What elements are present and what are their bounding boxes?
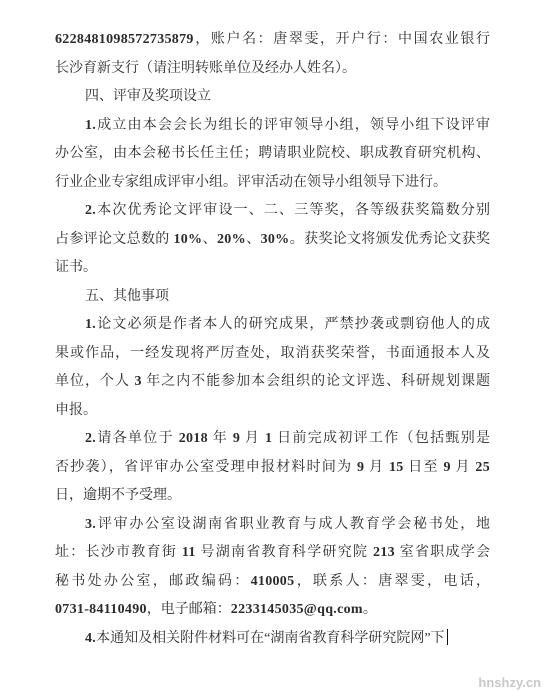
text-segment: 四、评审及奖项设立 <box>85 89 211 104</box>
text-segment: 。获奖论文将颁发优秀论文获奖 <box>289 232 490 247</box>
text-segment: 占参评论文总数的 <box>55 232 173 247</box>
bold-text-segment: 1. <box>85 118 96 133</box>
bold-text-segment: 2. <box>85 431 96 446</box>
text-segment: 否抄袭），省评审办公室受理申报材料时间为 <box>55 460 357 475</box>
bold-text-segment: 3. <box>85 517 96 532</box>
bold-text-segment: 4. <box>85 631 96 646</box>
bold-text-segment: 9 <box>443 460 450 475</box>
para-5-1-line-3[interactable]: 单位，个人 3 年之内不能参加本会组织的论文评选、科研规划课题 <box>55 368 490 397</box>
text-segment: 址：长沙市教育街 <box>55 545 182 560</box>
text-segment: 。 <box>363 602 377 617</box>
text-segment: 日，逾期不予受理。 <box>55 488 181 503</box>
text-segment: 年 <box>208 431 233 446</box>
text-segment: 日前完成初评工作（包括甄别是 <box>272 431 490 446</box>
para-5-3-line-1[interactable]: 3.评审办公室设湖南省职业教育与成人教育学会秘书处，地 <box>55 511 490 540</box>
para-5-3-line-2[interactable]: 址：长沙市教育街 11 号湖南省教育科学研究院 213 室省职成学会 <box>55 539 490 568</box>
bank-branch-line[interactable]: 长沙育新支行（请注明转账单位及经办人姓名）。 <box>55 55 490 84</box>
text-segment: 申报。 <box>55 403 97 418</box>
bold-text-segment: 213 <box>373 545 395 560</box>
text-segment: 、 <box>246 232 261 247</box>
para-5-3-line-4[interactable]: 0731-84110490，电子邮箱：2233145035@qq.com。 <box>55 596 490 625</box>
bold-text-segment: 11 <box>182 545 196 560</box>
bold-text-segment: 1. <box>85 317 96 332</box>
text-segment: 成立由本会会长为组长的评审领导小组，领导小组下设评审 <box>96 118 490 133</box>
text-segment: 月 <box>240 431 265 446</box>
text-segment: 月 <box>451 460 476 475</box>
text-segment: 室省职成学会 <box>395 545 490 560</box>
bold-text-segment: 3 <box>134 374 141 389</box>
text-segment: 月 <box>364 460 389 475</box>
para-5-2-line-2[interactable]: 否抄袭），省评审办公室受理申报材料时间为 9 月 15 日至 9 月 25 <box>55 454 490 483</box>
text-cursor <box>447 629 449 645</box>
text-segment: 长沙育新支行（请注明转账单位及经办人姓名）。 <box>55 61 356 76</box>
text-segment: 请各单位于 <box>96 431 179 446</box>
para-5-1-line-4[interactable]: 申报。 <box>55 397 490 426</box>
para-4-1-line-1[interactable]: 1.成立由本会会长为组长的评审领导小组，领导小组下设评审 <box>55 112 490 141</box>
text-segment: 年之内不能参加本会组织的论文评选、科研规划课题 <box>142 374 490 389</box>
bold-text-segment: 15 <box>389 460 404 475</box>
para-5-2-line-1[interactable]: 2.请各单位于 2018 年 9 月 1 日前完成初评工作（包括甄别是 <box>55 425 490 454</box>
text-segment: 办公室，由本会秘书长任主任；聘请职业院校、职成教育研究机构、 <box>55 146 490 161</box>
bold-text-segment: 2018 <box>179 431 208 446</box>
text-segment: ，电子邮箱： <box>147 602 231 617</box>
para-4-1-line-2[interactable]: 办公室，由本会秘书长任主任；聘请职业院校、职成教育研究机构、 <box>55 140 490 169</box>
para-4-2-line-2[interactable]: 占参评论文总数的 10%、20%、30%。获奖论文将颁发优秀论文获奖 <box>55 226 490 255</box>
bold-text-segment: 20% <box>217 232 246 247</box>
text-segment: 秘书处办公室，邮政编码： <box>55 574 251 589</box>
para-4-2-line-1[interactable]: 2.本次优秀论文评审设一、二、三等奖，各等级获奖篇数分别 <box>55 197 490 226</box>
section-heading-4[interactable]: 四、评审及奖项设立 <box>55 83 490 112</box>
text-segment: 单位，个人 <box>55 374 134 389</box>
para-4-2-line-3[interactable]: 证书。 <box>55 254 490 283</box>
para-5-1-line-2[interactable]: 果或作品，一经发现将严厉查处，取消获奖荣誉，书面通报本人及 <box>55 340 490 369</box>
bold-text-segment: 2. <box>85 203 96 218</box>
section-heading-5[interactable]: 五、其他事项 <box>55 283 490 312</box>
text-segment: 论文必须是作者本人的研究成果，严禁抄袭或剽窃他人的成 <box>96 317 490 332</box>
para-5-4-line-1[interactable]: 4.本通知及相关附件材料可在“湖南省教育科学研究院网”下 <box>55 625 490 654</box>
para-4-1-line-3[interactable]: 行业企业专家组成评审小组。评审活动在领导小组领导下进行。 <box>55 169 490 198</box>
text-segment: 本通知及相关附件材料可在“湖南省教育科学研究院网”下 <box>96 631 444 646</box>
bold-text-segment: 30% <box>261 232 290 247</box>
bold-text-segment: 6228481098572735879 <box>55 32 194 47</box>
text-segment: 证书。 <box>55 260 97 275</box>
text-segment: 本次优秀论文评审设一、二、三等奖，各等级获奖篇数分别 <box>96 203 490 218</box>
bold-text-segment: 410005 <box>251 574 295 589</box>
text-segment: 号湖南省教育科学研究院 <box>196 545 373 560</box>
text-segment: 日至 <box>404 460 444 475</box>
text-segment: 果或作品，一经发现将严厉查处，取消获奖荣誉，书面通报本人及 <box>55 346 490 361</box>
text-segment: 、 <box>202 232 217 247</box>
bold-text-segment: 10% <box>173 232 202 247</box>
text-segment: 行业企业专家组成评审小组。评审活动在领导小组领导下进行。 <box>55 175 447 190</box>
text-segment: 评审办公室设湖南省职业教育与成人教育学会秘书处，地 <box>96 517 490 532</box>
document-body[interactable]: 6228481098572735879，账户名：唐翠雯，开户行：中国农业银行长沙… <box>55 26 490 653</box>
bold-text-segment: 25 <box>475 460 490 475</box>
bold-text-segment: 2233145035@qq.com <box>231 602 363 617</box>
text-segment: ，账户名：唐翠雯，开户行：中国农业银行 <box>194 32 490 47</box>
bold-text-segment: 0731-84110490 <box>55 602 147 617</box>
para-5-3-line-3[interactable]: 秘书处办公室，邮政编码：410005，联系人：唐翠雯，电话， <box>55 568 490 597</box>
text-segment: ，联系人：唐翠雯，电话， <box>294 574 490 589</box>
watermark: hnshzy.cn <box>478 675 541 690</box>
para-5-1-line-1[interactable]: 1.论文必须是作者本人的研究成果，严禁抄袭或剽窃他人的成 <box>55 311 490 340</box>
text-segment: 五、其他事项 <box>85 289 169 304</box>
bank-account-line[interactable]: 6228481098572735879，账户名：唐翠雯，开户行：中国农业银行 <box>55 26 490 55</box>
para-5-2-line-3[interactable]: 日，逾期不予受理。 <box>55 482 490 511</box>
